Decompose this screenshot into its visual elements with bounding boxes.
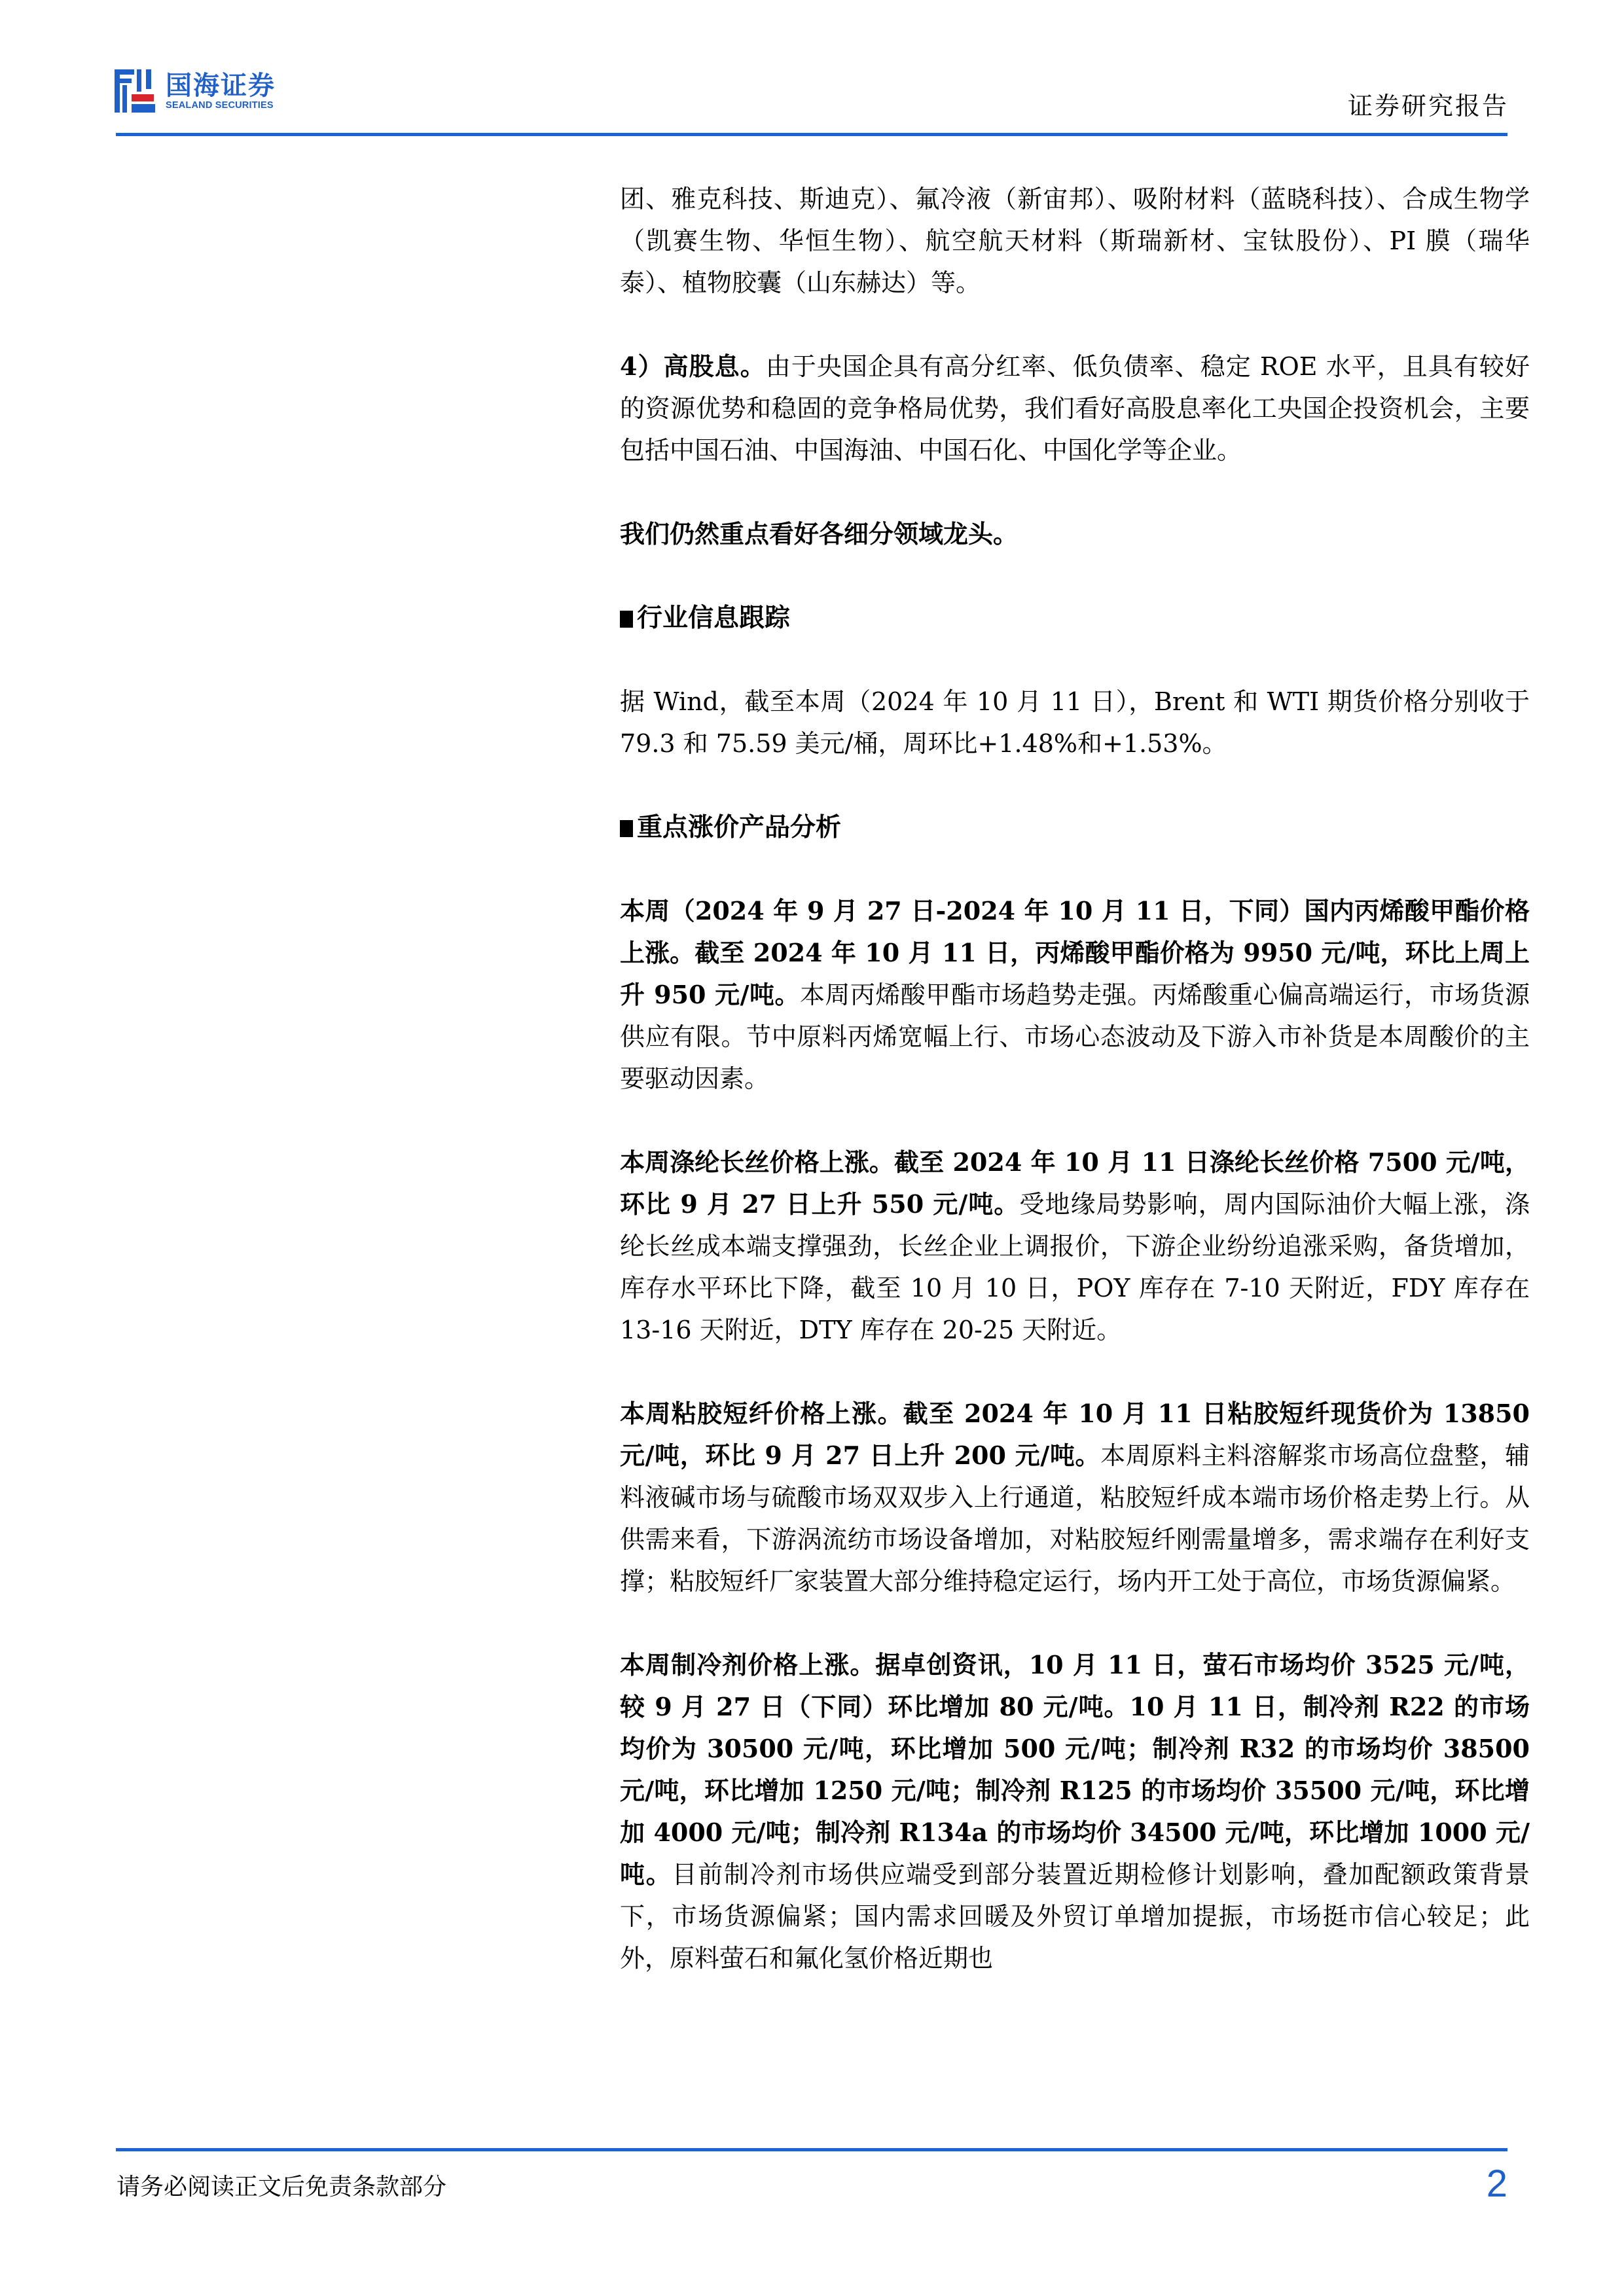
paragraph-conclusion: 我们仍然重点看好各细分领域龙头。	[620, 513, 1530, 555]
paragraph-polyester-filament: 本周涤纶长丝价格上涨。截至 2024 年 10 月 11 日涤纶长丝价格 750…	[620, 1141, 1530, 1351]
brand-name-cn: 国海证券	[166, 71, 276, 100]
page-number: 2	[1487, 2163, 1507, 2205]
brand-name-en: SEALAND SECURITIES	[166, 100, 276, 111]
paragraph-high-dividend: 4）高股息。由于央国企具有高分红率、低负债率、稳定 ROE 水平，且具有较好的资…	[620, 346, 1530, 471]
paragraph-new-materials-list: 团、雅克科技、斯迪克）、氟冷液（新宙邦）、吸附材料（蓝晓科技）、合成生物学（凯赛…	[620, 178, 1530, 304]
square-bullet-icon	[620, 820, 633, 837]
section-heading-price-increase: 重点涨价产品分析	[620, 806, 1530, 848]
sealand-logo-icon	[115, 69, 155, 113]
paragraph-oil-prices: 据 Wind，截至本周（2024 年 10 月 11 日），Brent 和 WT…	[620, 681, 1530, 764]
square-bullet-icon	[620, 611, 633, 628]
report-body: 团、雅克科技、斯迪克）、氟冷液（新宙邦）、吸附材料（蓝晓科技）、合成生物学（凯赛…	[620, 178, 1530, 1979]
company-logo: 国海证券 SEALAND SECURITIES	[115, 69, 276, 113]
section-heading-industry-tracking: 行业信息跟踪	[620, 597, 1530, 639]
header-divider	[116, 133, 1507, 136]
paragraph-refrigerants: 本周制冷剂价格上涨。据卓创资讯，10 月 11 日，萤石市场均价 3525 元/…	[620, 1644, 1530, 1979]
paragraph-methyl-acrylate: 本周（2024 年 9 月 27 日-2024 年 10 月 11 日，下同）国…	[620, 890, 1530, 1100]
disclaimer-note: 请务必阅读正文后免责条款部分	[117, 2173, 446, 2202]
paragraph-lead: 4）高股息。	[620, 351, 766, 381]
footer-divider	[116, 2148, 1507, 2151]
document-type: 证券研究报告	[1348, 92, 1509, 120]
paragraph-viscose-staple: 本周粘胶短纤价格上涨。截至 2024 年 10 月 11 日粘胶短纤现货价为 1…	[620, 1393, 1530, 1602]
